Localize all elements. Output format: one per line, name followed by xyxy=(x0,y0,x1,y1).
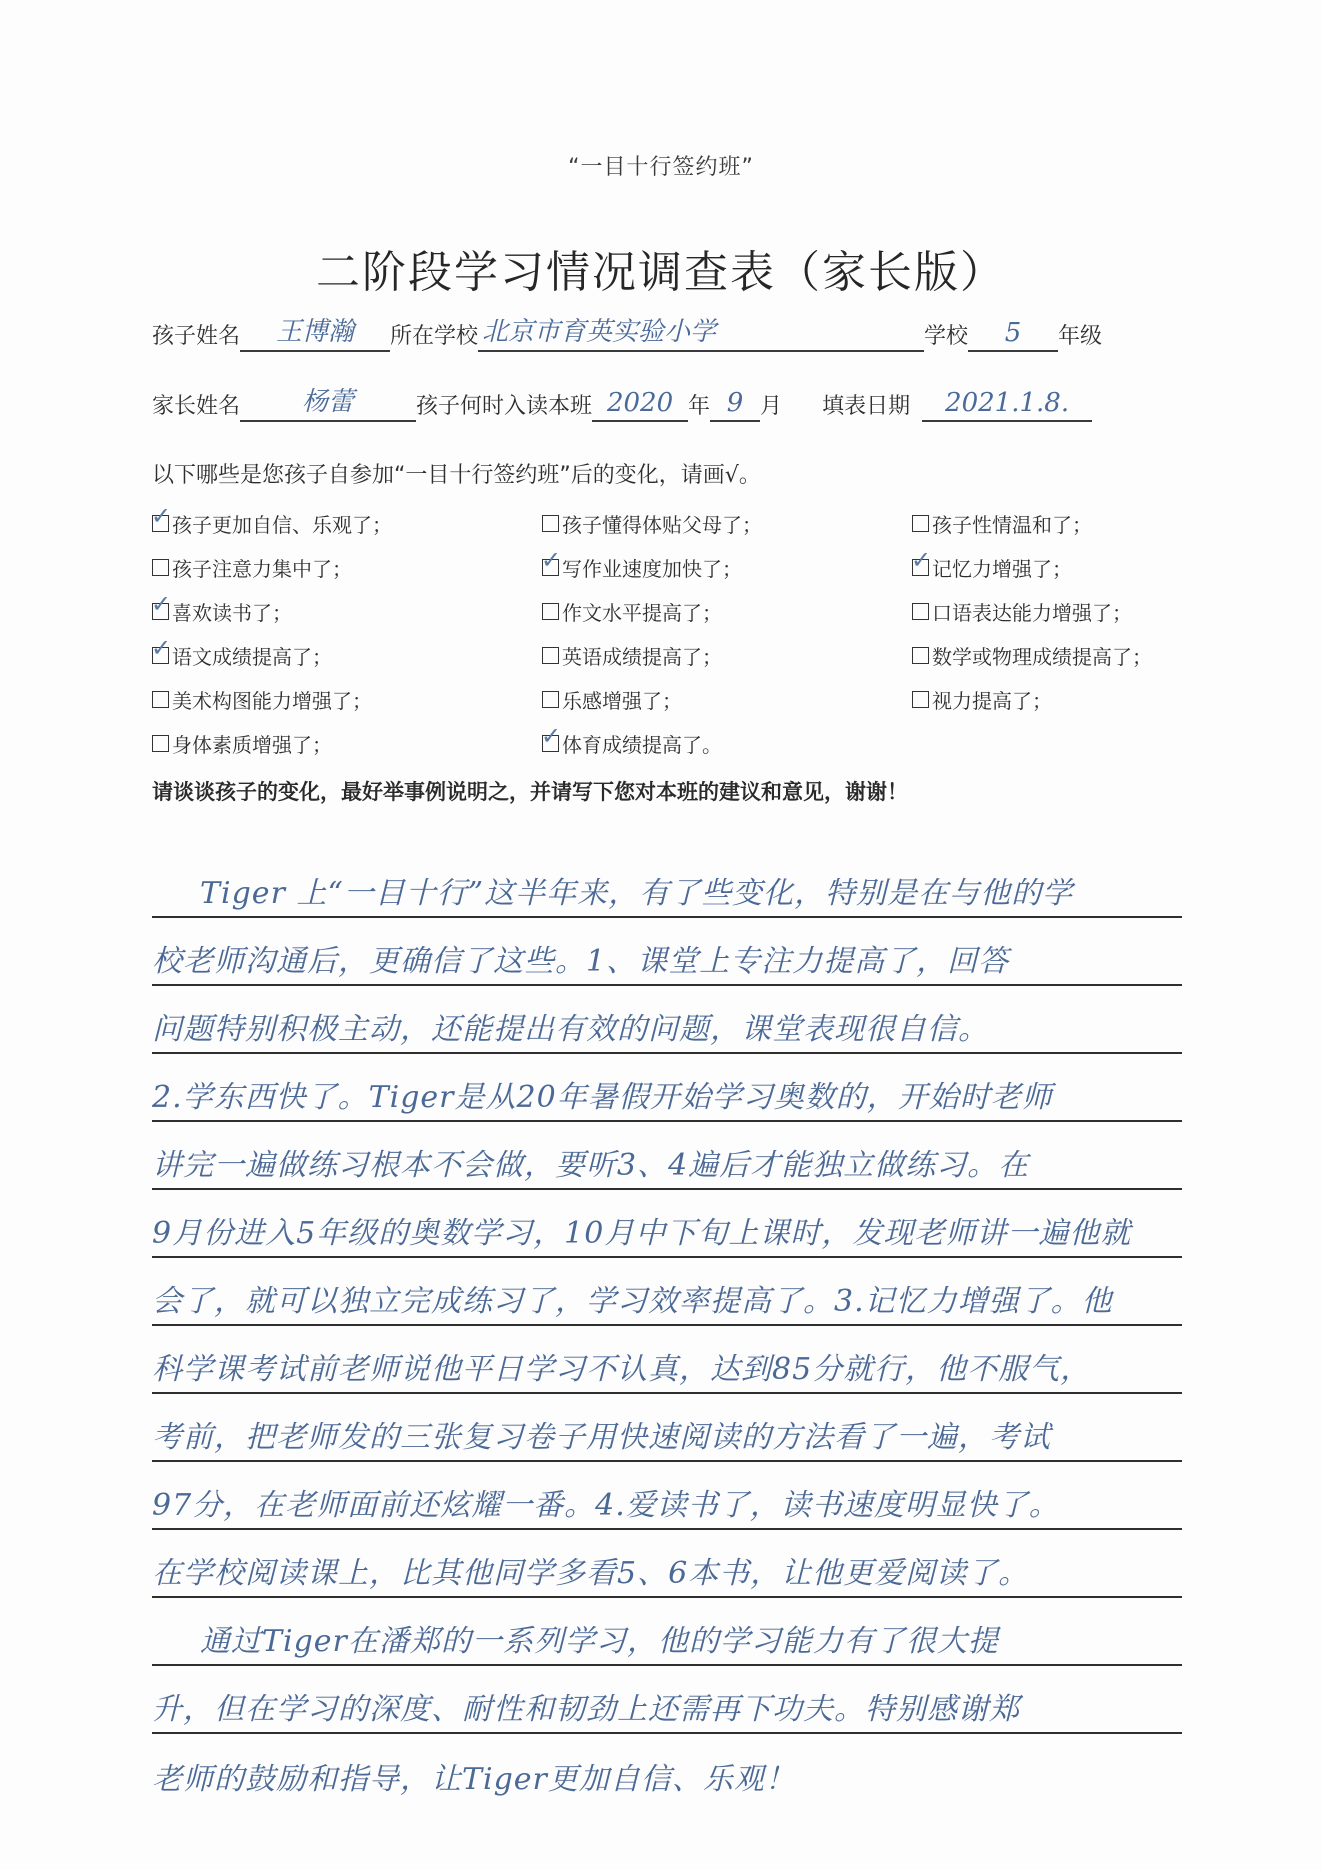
check-mark-icon: ✓ xyxy=(911,548,931,572)
parent-info-row: 家长姓名 杨蕾 孩子何时入读本班 2020 年 9 月 填表日期 2021.1.… xyxy=(152,382,1092,426)
check-mark-icon: ✓ xyxy=(541,724,561,748)
checkbox-checked[interactable]: ✓ xyxy=(542,735,559,752)
checklist-item[interactable]: 身体素质增强了； xyxy=(152,728,542,758)
checkbox[interactable] xyxy=(542,691,559,708)
checklist-item[interactable]: 孩子性情温和了； xyxy=(912,508,1272,538)
comment-text: 讲完一遍做练习根本不会做，要听3、4遍后才能独立做练习。在 xyxy=(152,1140,1029,1184)
enroll-month-value: 9 xyxy=(727,388,744,420)
checklist-item[interactable]: ✓记忆力增强了； xyxy=(912,552,1272,582)
comments-area[interactable]: Tiger 上“一目十行”这半年来，有了些变化，特别是在与他的学 校老师沟通后，… xyxy=(152,850,1182,1802)
checklist-item-label: 视力提高了； xyxy=(932,685,1052,714)
comment-text: 科学课考试前老师说他平日学习不认真，达到85分就行，他不服气， xyxy=(152,1344,1091,1388)
comment-text: Tiger 上“一目十行”这半年来，有了些变化，特别是在与他的学 xyxy=(200,868,1073,912)
comment-text: 97分，在老师面前还炫耀一番。4.爱读书了，读书速度明显快了。 xyxy=(152,1480,1060,1524)
comment-text: 在学校阅读课上，比其他同学多看5、6本书，让他更爱阅读了。 xyxy=(152,1548,1029,1592)
checklist-item-label: 美术构图能力增强了； xyxy=(172,685,372,714)
checklist-item[interactable]: ✓语文成绩提高了； xyxy=(152,640,542,670)
checkbox[interactable] xyxy=(542,647,559,664)
school-value: 北京市育英实验小学 xyxy=(482,311,716,350)
checklist-item[interactable]: ✓体育成绩提高了。 xyxy=(542,728,912,758)
checkbox[interactable] xyxy=(912,647,929,664)
comment-line: 考前，把老师发的三张复习卷子用快速阅读的方法看了一遍，考试 xyxy=(152,1394,1182,1462)
comment-line: 97分，在老师面前还炫耀一番。4.爱读书了，读书速度明显快了。 xyxy=(152,1462,1182,1530)
comment-text: 会了，就可以独立完成练习了，学习效率提高了。3.记忆力增强了。他 xyxy=(152,1276,1113,1320)
checkbox-checked[interactable]: ✓ xyxy=(912,559,929,576)
checkbox[interactable] xyxy=(912,691,929,708)
comment-line: 老师的鼓励和指导，让Tiger更加自信、乐观！ xyxy=(152,1734,1182,1802)
checklist-item-label: 体育成绩提高了。 xyxy=(562,729,722,758)
check-mark-icon: ✓ xyxy=(151,504,171,528)
checklist-item[interactable]: 乐感增强了； xyxy=(542,684,912,714)
date-field[interactable]: 2021.1.8. xyxy=(922,380,1092,422)
enroll-year-value: 2020 xyxy=(607,388,673,420)
child-name-label: 孩子姓名 xyxy=(152,319,240,356)
checkbox[interactable] xyxy=(152,691,169,708)
grade-value: 5 xyxy=(1005,318,1022,350)
comment-text: 老师的鼓励和指导，让Tiger更加自信、乐观！ xyxy=(152,1754,796,1798)
checklist-item[interactable]: 口语表达能力增强了； xyxy=(912,596,1272,626)
year-label: 年 xyxy=(688,389,710,426)
checklist-item[interactable]: ✓孩子更加自信、乐观了； xyxy=(152,508,542,538)
comment-text: 校老师沟通后，更确信了这些。1、课堂上专注力提高了，回答 xyxy=(152,936,1009,980)
comment-text: 考前，把老师发的三张复习卷子用快速阅读的方法看了一遍，考试 xyxy=(152,1412,1051,1456)
grade-field[interactable]: 5 xyxy=(968,310,1058,352)
enroll-label: 孩子何时入读本班 xyxy=(416,389,592,426)
comment-line: Tiger 上“一目十行”这半年来，有了些变化，特别是在与他的学 xyxy=(152,850,1182,918)
checklist-item[interactable]: ✓写作业速度加快了； xyxy=(542,552,912,582)
checklist-item[interactable]: ✓喜欢读书了； xyxy=(152,596,542,626)
student-info-row: 孩子姓名 王博瀚 所在学校 北京市育英实验小学 学校 5 年级 xyxy=(152,312,1102,356)
checklist-item-label: 喜欢读书了； xyxy=(172,597,292,626)
comment-line: 问题特别积极主动，还能提出有效的问题，课堂表现很自信。 xyxy=(152,986,1182,1054)
checklist-item[interactable]: 美术构图能力增强了； xyxy=(152,684,542,714)
checklist-item-label: 数学或物理成绩提高了； xyxy=(932,641,1152,670)
comment-line: 升，但在学习的深度、耐性和韧劲上还需再下功夫。特别感谢郑 xyxy=(152,1666,1182,1734)
checkbox[interactable] xyxy=(542,515,559,532)
comment-text: 通过Tiger在潘郑的一系列学习，他的学习能力有了很大提 xyxy=(200,1616,999,1660)
checklist-item-label: 乐感增强了； xyxy=(562,685,682,714)
school-field[interactable]: 北京市育英实验小学 xyxy=(478,310,924,352)
checkbox[interactable] xyxy=(912,603,929,620)
checklist-item-label: 孩子更加自信、乐观了； xyxy=(172,509,392,538)
comment-line: 9月份进入5年级的奥数学习，10月中下旬上课时，发现老师讲一遍他就 xyxy=(152,1190,1182,1258)
checklist-item-label: 口语表达能力增强了； xyxy=(932,597,1132,626)
checkbox-checked[interactable]: ✓ xyxy=(152,603,169,620)
month-label: 月 xyxy=(760,389,782,426)
checklist-item-label: 作文水平提高了； xyxy=(562,597,722,626)
comments-request: 请谈谈孩子的变化，最好举事例说明之，并请写下您对本班的建议和意见，谢谢！ xyxy=(152,776,908,806)
check-mark-icon: ✓ xyxy=(151,592,171,616)
checklist-item[interactable]: 作文水平提高了； xyxy=(542,596,912,626)
comment-text: 9月份进入5年级的奥数学习，10月中下旬上课时，发现老师讲一遍他就 xyxy=(152,1208,1131,1252)
comment-line: 通过Tiger在潘郑的一系列学习，他的学习能力有了很大提 xyxy=(152,1598,1182,1666)
checklist-item-label: 写作业速度加快了； xyxy=(562,553,742,582)
enroll-year-field[interactable]: 2020 xyxy=(592,380,688,422)
enroll-month-field[interactable]: 9 xyxy=(710,380,760,422)
parent-name-label: 家长姓名 xyxy=(152,389,240,426)
date-value: 2021.1.8. xyxy=(945,388,1069,420)
comment-text: 问题特别积极主动，还能提出有效的问题，课堂表现很自信。 xyxy=(152,1004,989,1048)
survey-form: “一目十行签约班” 二阶段学习情况调查表（家长版） 孩子姓名 王博瀚 所在学校 … xyxy=(0,0,1322,1869)
comment-text: 2.学东西快了。Tiger是从20年暑假开始学习奥数的，开始时老师 xyxy=(152,1072,1053,1116)
checkbox-checked[interactable]: ✓ xyxy=(152,647,169,664)
form-title: 二阶段学习情况调查表（家长版） xyxy=(0,236,1322,300)
comment-line: 讲完一遍做练习根本不会做，要听3、4遍后才能独立做练习。在 xyxy=(152,1122,1182,1190)
checklist-item-label: 孩子性情温和了； xyxy=(932,509,1092,538)
comment-line: 在学校阅读课上，比其他同学多看5、6本书，让他更爱阅读了。 xyxy=(152,1530,1182,1598)
checklist-item[interactable]: 孩子注意力集中了； xyxy=(152,552,542,582)
checkbox-checked[interactable]: ✓ xyxy=(152,515,169,532)
checkbox[interactable] xyxy=(152,735,169,752)
parent-name-field[interactable]: 杨蕾 xyxy=(240,380,416,422)
grade-label-prefix: 学校 xyxy=(924,319,968,356)
checkbox[interactable] xyxy=(542,603,559,620)
check-mark-icon: ✓ xyxy=(541,548,561,572)
checklist-item-label: 英语成绩提高了； xyxy=(562,641,722,670)
child-name-value: 王博瀚 xyxy=(276,311,354,350)
change-checklist: ✓孩子更加自信、乐观了； 孩子懂得体贴父母了； 孩子性情温和了； 孩子注意力集中… xyxy=(152,508,1272,758)
checkbox-checked[interactable]: ✓ xyxy=(542,559,559,576)
grade-label-suffix: 年级 xyxy=(1058,319,1102,356)
comment-line: 科学课考试前老师说他平日学习不认真，达到85分就行，他不服气， xyxy=(152,1326,1182,1394)
program-name: “一目十行签约班” xyxy=(0,150,1322,181)
school-label: 所在学校 xyxy=(390,319,478,356)
checklist-item-label: 记忆力增强了； xyxy=(932,553,1072,582)
checklist-item-label: 语文成绩提高了； xyxy=(172,641,332,670)
checklist-item-label: 孩子懂得体贴父母了； xyxy=(562,509,762,538)
comment-line: 2.学东西快了。Tiger是从20年暑假开始学习奥数的，开始时老师 xyxy=(152,1054,1182,1122)
parent-name-value: 杨蕾 xyxy=(302,381,354,420)
child-name-field[interactable]: 王博瀚 xyxy=(240,310,390,352)
checklist-item[interactable]: 孩子懂得体贴父母了； xyxy=(542,508,912,538)
checklist-prompt: 以下哪些是您孩子自参加“一目十行签约班”后的变化，请画√。 xyxy=(152,458,761,489)
checkbox[interactable] xyxy=(912,515,929,532)
checklist-item[interactable]: 数学或物理成绩提高了； xyxy=(912,640,1272,670)
comment-line: 校老师沟通后，更确信了这些。1、课堂上专注力提高了，回答 xyxy=(152,918,1182,986)
checklist-item-label: 孩子注意力集中了； xyxy=(172,553,352,582)
checklist-item[interactable]: 视力提高了； xyxy=(912,684,1272,714)
checkbox[interactable] xyxy=(152,559,169,576)
check-mark-icon: ✓ xyxy=(151,636,171,660)
comment-line: 会了，就可以独立完成练习了，学习效率提高了。3.记忆力增强了。他 xyxy=(152,1258,1182,1326)
date-label: 填表日期 xyxy=(822,389,910,426)
checklist-item-label: 身体素质增强了； xyxy=(172,729,332,758)
checklist-item[interactable]: 英语成绩提高了； xyxy=(542,640,912,670)
comment-text: 升，但在学习的深度、耐性和韧劲上还需再下功夫。特别感谢郑 xyxy=(152,1684,1020,1728)
